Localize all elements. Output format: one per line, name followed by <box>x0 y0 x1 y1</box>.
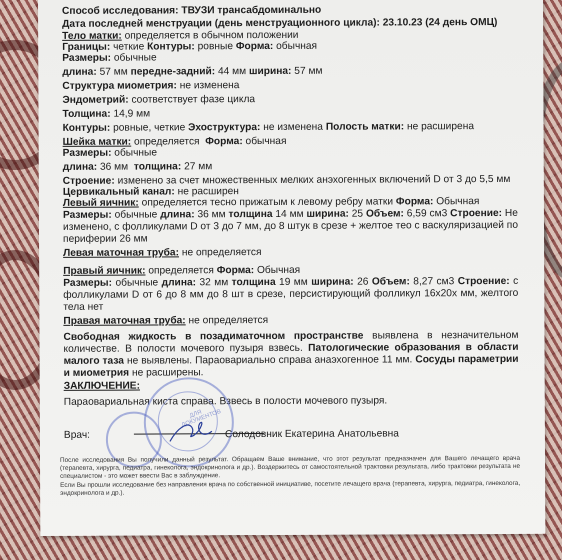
left-ovary-details: Размеры: обычные длина: 36 мм толщина 14… <box>63 208 518 246</box>
free-fluid-paragraph: Свободная жидкость в позадиматочном прос… <box>63 330 518 380</box>
signature-icon <box>168 417 228 447</box>
footnote-paragraph-2: Если Вы прошли исследование без направле… <box>60 480 520 498</box>
left-tube-line: Левая маточная труба: не определяется <box>63 247 518 267</box>
footnote-paragraph-1: После исследования Вы получили данный ре… <box>60 455 520 482</box>
ultrasound-report-sheet: Способ исследования: ТВУЗИ трансабдомина… <box>38 0 545 536</box>
report-body: Способ исследования: ТВУЗИ трансабдомина… <box>62 5 519 441</box>
footnote: После исследования Вы получили данный ре… <box>60 455 520 498</box>
right-ovary-details: Размеры: обычные длина: 32 мм толщина 19… <box>63 276 518 314</box>
